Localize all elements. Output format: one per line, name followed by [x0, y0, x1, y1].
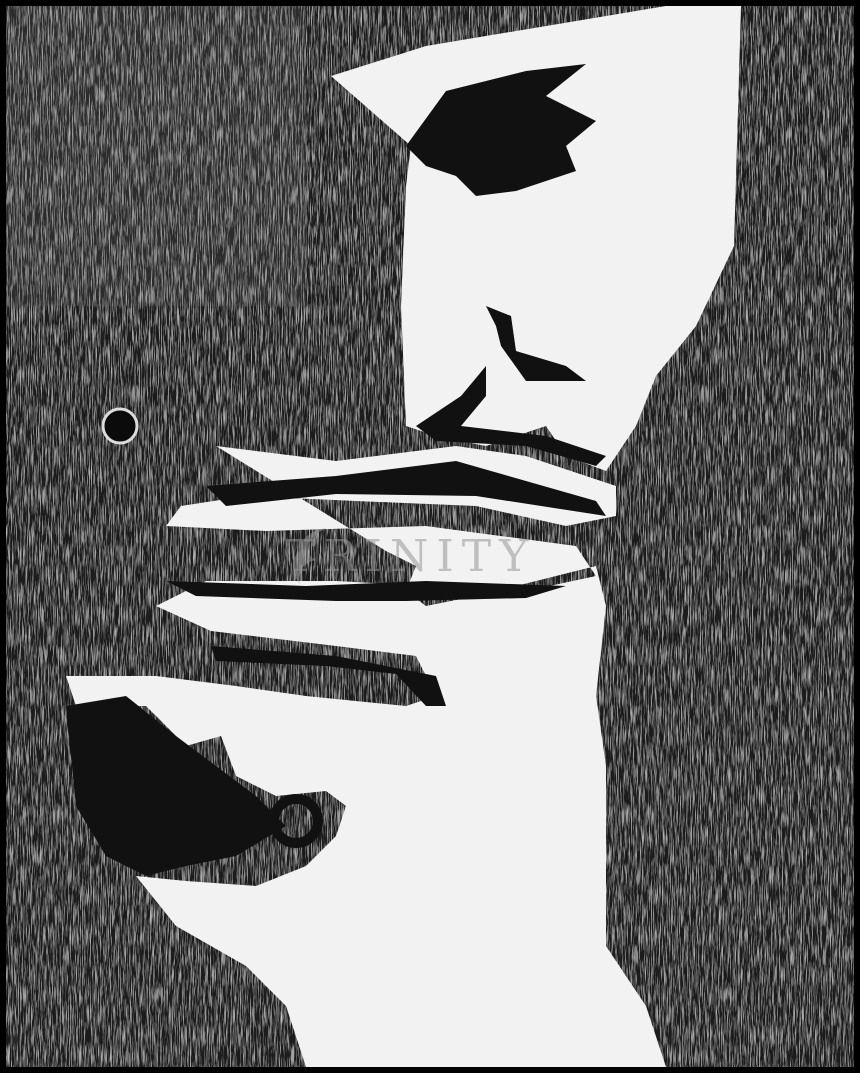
eye-circle — [103, 409, 137, 443]
woodcut-illustration — [6, 6, 854, 1067]
woodcut-artwork: TRINITY — [6, 6, 854, 1067]
image-frame: TRINITY — [0, 0, 860, 1073]
